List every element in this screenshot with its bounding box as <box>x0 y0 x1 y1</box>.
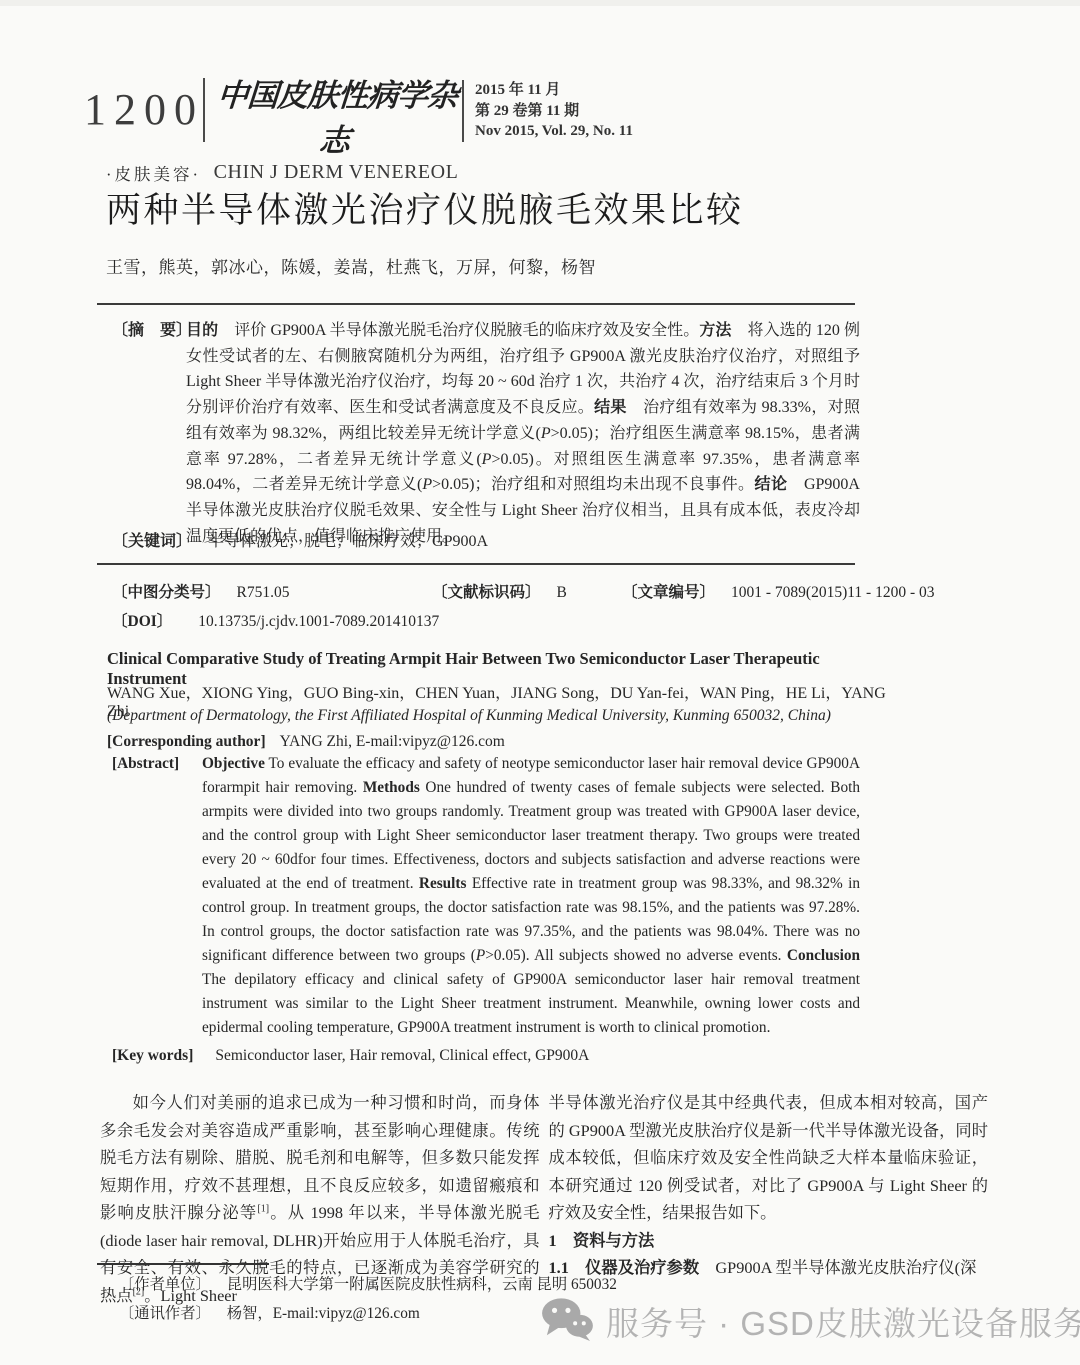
footnote-rule <box>97 1263 269 1265</box>
clc-item: 〔中图分类号〕R751.05 <box>112 580 289 602</box>
watermark: 服务号 · GSD皮肤激光设备服务商 <box>540 1296 1080 1347</box>
journal-logo: 中国皮肤性病学杂志 CHIN J DERM VENEREOL <box>212 70 460 184</box>
issue-info: 2015 年 11 月 第 29 卷第 11 期 Nov 2015, Vol. … <box>475 80 633 142</box>
footnote-corresponding: 〔通讯作者〕杨智，E-mail:vipyz@126.com <box>97 1299 567 1328</box>
rule-above-abstract <box>97 303 855 305</box>
keywords-cn-row: 〔关键词〕半导体激光；脱毛；临床疗效；GP900A <box>112 528 488 551</box>
footnote-affiliation-label: 〔作者单位〕 <box>119 1276 211 1293</box>
footnote-corresponding-label: 〔通讯作者〕 <box>119 1305 211 1322</box>
keywords-en-row: [Key words]Semiconductor laser, Hair rem… <box>112 1047 589 1065</box>
corresponding-author-value: YANG Zhi, E-mail:vipyz@126.com <box>280 733 505 750</box>
footnote-corresponding-text: 杨智，E-mail:vipyz@126.com <box>227 1305 420 1322</box>
keywords-cn-text: 半导体激光；脱毛；临床疗效；GP900A <box>208 533 488 550</box>
watermark-text: 服务号 · GSD皮肤激光设备服务商 <box>606 1298 1080 1345</box>
english-corresponding-row: [Corresponding author]YANG Zhi, E-mail:v… <box>107 733 902 751</box>
footnote-affiliation-text: 昆明医科大学第一附属医院皮肤性病科，云南 昆明 650032 <box>227 1276 617 1293</box>
column-label: ·皮肤美容· <box>106 161 201 185</box>
keywords-cn-label: 〔关键词〕 <box>112 533 192 550</box>
english-affiliation: (Department of Dermatology, the First Af… <box>107 707 902 725</box>
keywords-en-label: [Key words] <box>112 1047 193 1064</box>
article-id-value: 1001 - 7089(2015)11 - 1200 - 03 <box>731 584 934 601</box>
doc-code-value: B <box>557 584 567 601</box>
abstract-cn: 〔摘 要〕 目的 评价 GP900A 半导体激光脱毛治疗仪脱腋毛的临床疗效及安全… <box>112 318 860 549</box>
issue-date-cn: 2015 年 11 月 <box>475 80 633 101</box>
clc-value: R751.05 <box>237 584 290 601</box>
header-divider-left <box>203 78 205 142</box>
abstract-en-label: [Abstract] <box>112 752 179 776</box>
clc-label: 〔中图分类号〕 <box>112 584 221 601</box>
intro-paragraph-right: 半导体激光治疗仪是其中经典代表，但成本相对较高，国产的 GP900A 型激光皮肤… <box>549 1089 989 1227</box>
header-divider-right <box>462 80 464 142</box>
footnote-block: 〔作者单位〕昆明医科大学第一附属医院皮肤性病科，云南 昆明 650032 〔通讯… <box>97 1263 567 1328</box>
wechat-icon <box>540 1296 594 1347</box>
page-edge <box>0 0 1080 6</box>
section-heading-1: 1 资料与方法 <box>549 1227 989 1255</box>
doc-code-label: 〔文献标识码〕 <box>432 584 541 601</box>
article-id-label: 〔文章编号〕 <box>622 584 715 601</box>
classification-row: 〔中图分类号〕R751.05 〔文献标识码〕B 〔文章编号〕1001 - 708… <box>102 580 882 602</box>
footnote-affiliation: 〔作者单位〕昆明医科大学第一附属医院皮肤性病科，云南 昆明 650032 <box>97 1270 567 1299</box>
doi-label: 〔DOI〕 <box>112 613 172 630</box>
doc-code-item: 〔文献标识码〕B <box>432 580 567 602</box>
doi-value: 10.13735/j.cjdv.1001-7089.201410137 <box>198 613 439 630</box>
page-number: 1200 <box>84 84 204 135</box>
rule-below-keywords <box>97 563 855 565</box>
abstract-en-text: Objective To evaluate the efficacy and s… <box>202 752 860 1040</box>
abstract-cn-label: 〔摘 要〕 <box>112 318 192 344</box>
journal-name-cn: 中国皮肤性病学杂志 <box>209 70 463 160</box>
journal-name-en: CHIN J DERM VENEREOL <box>212 161 460 184</box>
abstract-en: [Abstract] Objective To evaluate the eff… <box>112 752 860 1040</box>
doi-row: 〔DOI〕10.13735/j.cjdv.1001-7089.201410137 <box>112 609 439 631</box>
corresponding-author-label: [Corresponding author] <box>107 733 266 750</box>
article-id-item: 〔文章编号〕1001 - 7089(2015)11 - 1200 - 03 <box>622 580 935 602</box>
issue-volume-cn: 第 29 卷第 11 期 <box>475 101 633 122</box>
article-authors: 王雪，熊英，郭冰心，陈媛，姜嵩，杜燕飞，万屏，何黎，杨智 <box>106 253 596 278</box>
article-title: 两种半导体激光治疗仪脱腋毛效果比较 <box>106 183 744 233</box>
issue-info-en: Nov 2015, Vol. 29, No. 11 <box>475 121 633 142</box>
keywords-en-text: Semiconductor laser, Hair removal, Clini… <box>215 1047 589 1064</box>
abstract-cn-text: 目的 评价 GP900A 半导体激光脱毛治疗仪脱腋毛的临床疗效及安全性。方法 将… <box>186 318 860 549</box>
